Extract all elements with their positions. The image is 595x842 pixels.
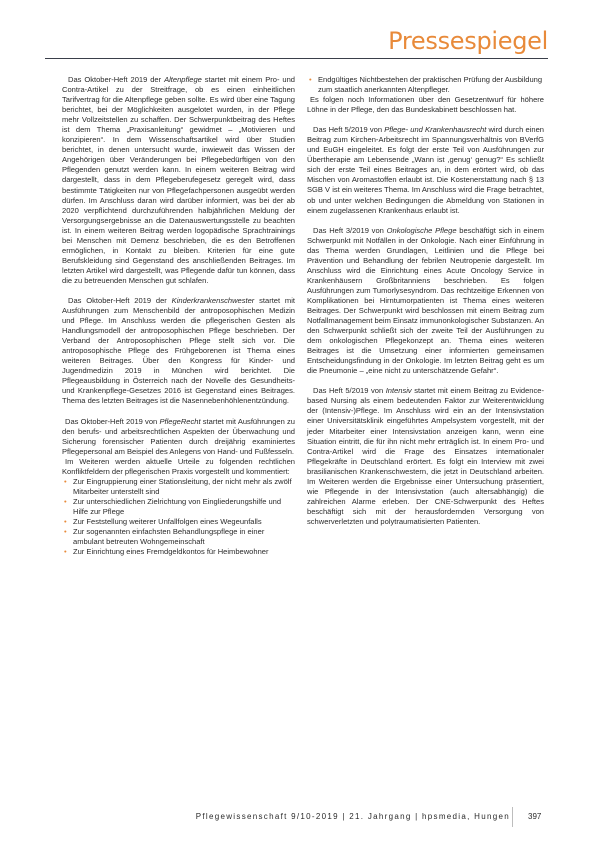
list-item: Zur Eingruppierung einer Stationsleitung… [62,477,295,497]
list-item: Zur unterschiedlichen Zielrichtung von E… [62,497,295,517]
journal-name: Altenpflege [164,75,202,84]
text: Das Heft 5/2019 von [313,125,384,134]
paragraph-gesetzentwurf: Es folgen noch Informationen über den Ge… [307,95,544,115]
text: beschäftigt sich in einem Schwerpunkt mi… [307,226,544,376]
text: startet mit einem Pro- und Contra-Artike… [62,75,295,285]
paragraph-onkologische-pflege: Das Heft 3/2019 von Onkologische Pflege … [307,226,544,377]
journal-name: PflegeRecht [159,417,200,426]
right-column: Endgültiges Nichtbestehen der praktische… [307,75,544,537]
paragraph-krankenhausrecht: Das Heft 5/2019 von Pflege- und Krankenh… [307,125,544,215]
verdict-list: Zur Eingruppierung einer Stationsleitung… [62,477,295,557]
footer-citation: Pflegewissenschaft 9/10-2019 | 21. Jahrg… [196,812,510,821]
text: startet mit Ausführungen zum Menschenbil… [62,296,295,405]
text: startet mit einem Beitrag zu Evidence-ba… [307,386,544,526]
text: Das Oktober-Heft 2019 der [68,296,172,305]
left-column: Das Oktober-Heft 2019 der Altenpflege st… [62,75,295,567]
section-title: Pressespiegel [388,27,548,55]
footer-divider [512,807,513,827]
paragraph-altenpflege: Das Oktober-Heft 2019 der Altenpflege st… [62,75,295,286]
journal-name: Intensiv [386,386,412,395]
list-item: Zur Feststellung weiterer Unfallfolgen e… [62,517,295,527]
text: Das Heft 3/2019 von [313,226,387,235]
text: Das Oktober-Heft 2019 von [65,417,159,426]
journal-name: Pflege- und Krankenhausrecht [384,125,486,134]
paragraph-kinderkrankenschwester: Das Oktober-Heft 2019 der Kinderkrankens… [62,296,295,407]
journal-name: Onkologische Pflege [387,226,457,235]
journal-name: Kinderkrankenschwester [172,296,255,305]
paragraph-urteile-intro: Im Weiteren werden aktuelle Urteile zu f… [62,457,295,477]
list-item: Zur Einrichtung eines Fremdgeldkontos fü… [62,547,295,557]
list-item: Zur sogenannten einfachsten Behandlungsp… [62,527,295,547]
header-rule [45,58,548,59]
list-item: Endgültiges Nichtbestehen der praktische… [307,75,544,95]
paragraph-pflegerecht: Das Oktober-Heft 2019 von PflegeRecht st… [62,417,295,457]
page-footer: Pflegewissenschaft 9/10-2019 | 21. Jahrg… [0,807,595,827]
page-number: 397 [528,812,541,821]
text: Das Heft 5/2019 von [313,386,386,395]
verdict-list-continued: Endgültiges Nichtbestehen der praktische… [307,75,544,95]
paragraph-intensiv: Das Heft 5/2019 von Intensiv startet mit… [307,386,544,527]
text: Das Oktober-Heft 2019 der [68,75,164,84]
text: wird durch einen Beitrag zum Kirchen-Arb… [307,125,544,214]
